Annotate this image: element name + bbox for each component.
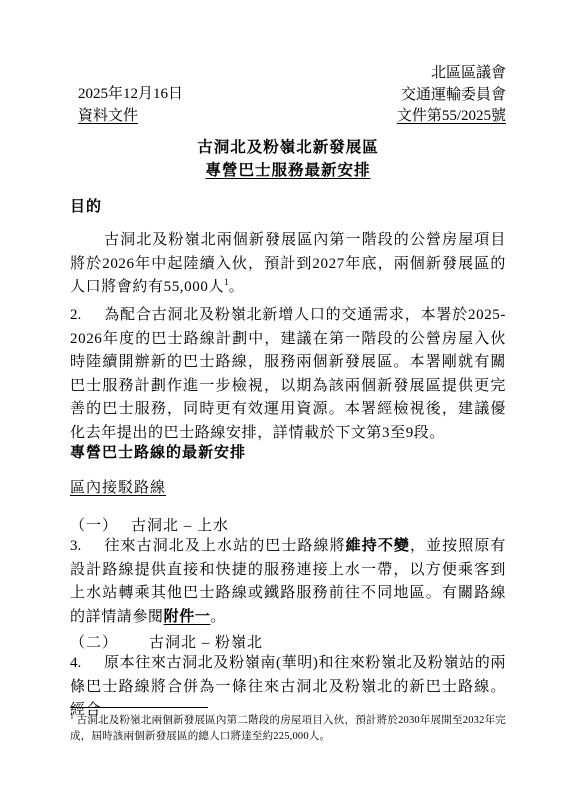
route-item-2-label: （二） (70, 635, 118, 651)
paragraph-1-suffix: 。 (229, 279, 245, 295)
paragraph-4-text: 原本往來古洞北及粉嶺南(華明)和往來粉嶺北及粉嶺站的兩條巴士路線將合併為一條往來… (70, 655, 506, 718)
council-name: 北區區議會 (397, 63, 506, 85)
footnote-text: 古洞北及粉嶺北兩個新發展區內第二階段的房屋項目入伙，預計將於2030年展開至20… (70, 715, 506, 742)
paragraph-3: 3.往來古洞北及上水站的巴士路線將維持不變，並按照原有設計路線提供直接和快捷的服… (70, 535, 506, 629)
paragraph-3-emphasis: 維持不變 (346, 538, 410, 554)
arrangements-heading: 專營巴士路線的最新安排 (70, 441, 506, 462)
footnote-marker: 1 (70, 712, 74, 721)
purpose-heading: 目的 (70, 195, 506, 216)
route-item-1-heading: （一）古洞北 – 上水 (70, 514, 506, 535)
paragraph-2-number: 2. (70, 304, 104, 328)
document-title: 古洞北及粉嶺北新發展區 專營巴士服務最新安排 (70, 137, 506, 182)
route-item-1-label: （一） (70, 518, 118, 534)
document-header-right: 北區區議會 交通運輸委員會 文件第55/2025號 (397, 63, 506, 128)
paragraph-3-number: 3. (70, 535, 104, 559)
document-type: 資料文件 (78, 106, 183, 128)
committee-name: 交通運輸委員會 (397, 85, 506, 107)
paragraph-4-number: 4. (70, 652, 104, 676)
paragraph-4: 4.原本往來古洞北及粉嶺南(華明)和往來粉嶺北及粉嶺站的兩條巴士路線將合併為一條… (70, 652, 506, 723)
subsection-heading-text: 區內接駁路線 (70, 480, 166, 496)
paragraph-1: 古洞北及粉嶺北兩個新發展區內第一階段的公營房屋項目將於2026年中起陸續入伙，預… (70, 229, 506, 300)
paper-number: 文件第55/2025號 (397, 106, 506, 128)
paragraph-2: 2.為配合古洞北及粉嶺北新增人口的交通需求，本署於2025-2026年度的巴士路… (70, 304, 506, 445)
title-line-1: 古洞北及粉嶺北新發展區 (70, 137, 506, 160)
document-date: 2025年12月16日 (78, 84, 183, 106)
route-item-2-title: 古洞北 – 粉嶺北 (149, 635, 263, 651)
title-line-2: 專營巴士服務最新安排 (70, 160, 506, 183)
annex-reference: 附件一 (164, 609, 211, 625)
footnote: 1 古洞北及粉嶺北兩個新發展區內第二階段的房屋項目入伙，預計將於2030年展開至… (70, 713, 506, 744)
footnote-separator (70, 707, 208, 708)
paragraph-3-pre: 往來古洞北及上水站的巴士路線將 (104, 538, 346, 554)
route-item-2-heading: （二）古洞北 – 粉嶺北 (70, 631, 506, 652)
paragraph-3-suffix: 。 (210, 609, 226, 625)
subsection-heading: 區內接駁路線 (70, 476, 506, 497)
document-header-left: 2025年12月16日 資料文件 (78, 84, 183, 127)
paragraph-2-text: 為配合古洞北及粉嶺北新增人口的交通需求，本署於2025-2026年度的巴士路線計… (70, 307, 506, 441)
paragraph-1-text: 古洞北及粉嶺北兩個新發展區內第一階段的公營房屋項目將於2026年中起陸續入伙，預… (70, 232, 506, 295)
document-page: 北區區議會 交通運輸委員會 文件第55/2025號 2025年12月16日 資料… (0, 0, 566, 800)
route-item-1-title: 古洞北 – 上水 (131, 518, 229, 534)
